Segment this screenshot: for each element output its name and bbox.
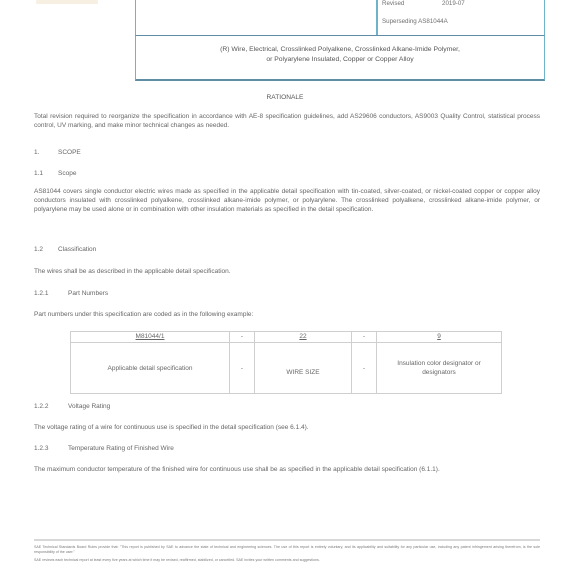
table-row: M81044/1 - 22 - 9 — [71, 332, 502, 343]
pn-spec-cell: M81044/1 — [71, 332, 230, 343]
revised-value: 2019-07 — [442, 0, 465, 7]
table-row: Applicable detail specification - WIRE S… — [71, 343, 502, 394]
section-title: Temperature Rating of Finished Wire — [68, 445, 174, 452]
section-number: 1.2.1 — [34, 290, 68, 298]
section-1-1-heading: 1.1Scope — [34, 170, 76, 178]
section-title: Classification — [58, 246, 96, 253]
document-title-line-1: (R) Wire, Electrical, Crosslinked Polyal… — [136, 45, 544, 55]
section-title: SCOPE — [58, 149, 81, 156]
document-header-box: Revised2019-07 Superseding AS81044A — [135, 0, 545, 36]
rationale-heading: RATIONALE — [0, 94, 570, 102]
scope-text: AS81044 covers single conductor electric… — [34, 188, 540, 214]
pn-size-cell: 22 — [255, 332, 352, 343]
header-divider — [376, 0, 378, 35]
section-number: 1.2 — [34, 246, 58, 254]
pn-color-cell: 9 — [377, 332, 502, 343]
part-number-example-table: M81044/1 - 22 - 9 Applicable detail spec… — [70, 331, 502, 394]
section-number: 1.1 — [34, 170, 58, 178]
document-title-box: (R) Wire, Electrical, Crosslinked Polyal… — [135, 36, 545, 81]
pn-dash-cell: - — [352, 332, 377, 343]
part-numbers-text: Part numbers under this specification ar… — [34, 311, 540, 320]
section-title: Voltage Rating — [68, 403, 110, 410]
section-1-2-2-heading: 1.2.2Voltage Rating — [34, 403, 110, 411]
pn-size-desc: WIRE SIZE — [255, 343, 352, 394]
section-1-2-3-heading: 1.2.3Temperature Rating of Finished Wire — [34, 445, 174, 453]
revised-label: Revised — [382, 0, 442, 8]
section-number: 1.2.2 — [34, 403, 68, 411]
superseding-value: AS81044A — [418, 18, 448, 25]
pn-spec-desc: Applicable detail specification — [71, 343, 230, 394]
section-title: Scope — [58, 170, 76, 177]
section-1-2-1-heading: 1.2.1Part Numbers — [34, 290, 108, 298]
footer-divider — [34, 539, 540, 541]
superseding-row: Superseding AS81044A — [382, 18, 448, 26]
superseding-label: Superseding — [382, 18, 417, 25]
section-number: 1.2.3 — [34, 445, 68, 453]
temperature-rating-text: The maximum conductor temperature of the… — [34, 466, 540, 475]
pn-color-desc: Insulation color designator or designato… — [377, 343, 502, 394]
section-1-2-heading: 1.2Classification — [34, 246, 96, 254]
pn-dash-cell: - — [230, 343, 255, 394]
rationale-text: Total revision required to reorganize th… — [34, 113, 540, 131]
revised-row: Revised2019-07 — [382, 0, 465, 8]
voltage-rating-text: The voltage rating of a wire for continu… — [34, 424, 540, 433]
classification-text: The wires shall be as described in the a… — [34, 268, 540, 277]
publisher-logo — [36, 0, 98, 4]
section-number: 1. — [34, 149, 58, 157]
section-1-heading: 1.SCOPE — [34, 149, 81, 157]
pn-dash-cell: - — [352, 343, 377, 394]
pn-dash-cell: - — [230, 332, 255, 343]
section-title: Part Numbers — [68, 290, 108, 297]
footer-rules-text: SAE Technical Standards Board Rules prov… — [34, 545, 540, 554]
document-title-line-2: or Polyarylene Insulated, Copper or Copp… — [136, 55, 544, 65]
footer-review-text: SAE reviews each technical report at lea… — [34, 558, 540, 563]
